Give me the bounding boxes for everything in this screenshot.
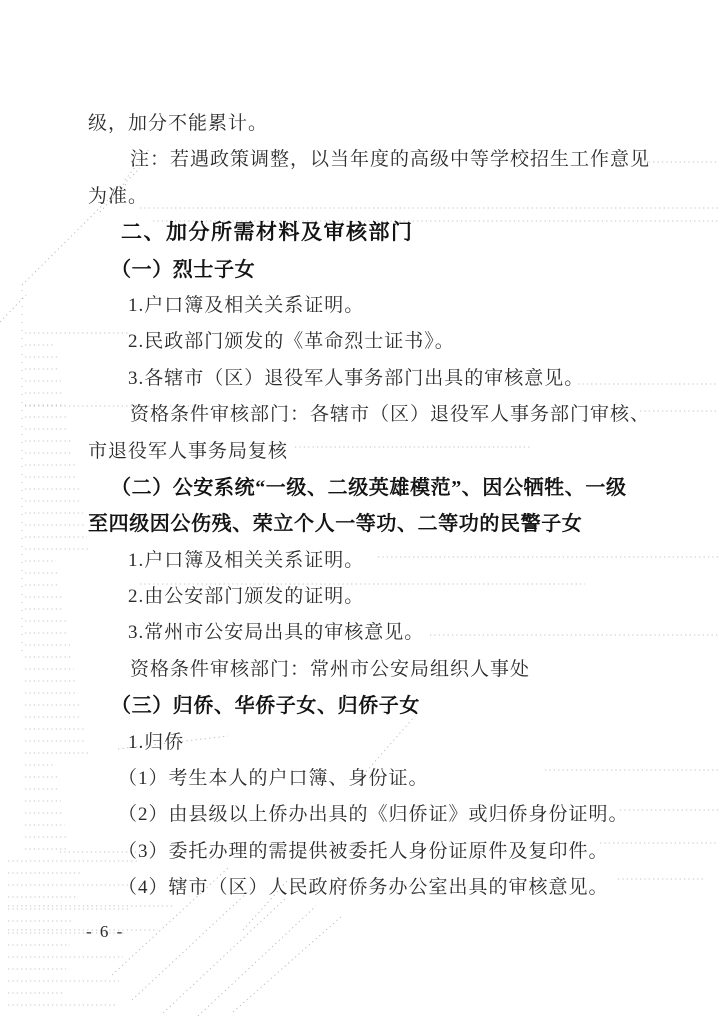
text-line: 注：若遇政策调整，以当年度的高级中等学校招生工作意见 xyxy=(88,142,633,178)
text-line: 3.各辖市（区）退役军人事务部门出具的审核意见。 xyxy=(88,361,633,397)
page-number: - 6 - xyxy=(86,922,124,942)
text-line: 1.户口簿及相关关系证明。 xyxy=(88,288,633,324)
text-line: 1.归侨 xyxy=(88,725,633,761)
text-line: 资格条件审核部门：常州市公安局组织人事处 xyxy=(88,652,633,688)
text-line: 2.民政部门颁发的《革命烈士证书》。 xyxy=(88,324,633,360)
text-line: （2）由县级以上侨办出具的《归侨证》或归侨身份证明。 xyxy=(88,797,633,833)
text-line: （二）公安系统“一级、二级英雄模范”、因公牺牲、一级 xyxy=(88,470,633,506)
text-line: 3.常州市公安局出具的审核意见。 xyxy=(88,615,633,651)
text-line: 级，加分不能累计。 xyxy=(88,106,633,142)
text-line: 2.由公安部门颁发的证明。 xyxy=(88,579,633,615)
scanned-document-page: 级，加分不能累计。注：若遇政策调整，以当年度的高级中等学校招生工作意见为准。二、… xyxy=(0,0,720,1018)
text-line: （3）委托办理的需提供被委托人身份证原件及复印件。 xyxy=(88,834,633,870)
text-line: （三）归侨、华侨子女、归侨子女 xyxy=(88,688,633,724)
text-line: 资格条件审核部门：各辖市（区）退役军人事务部门审核、 xyxy=(88,397,633,433)
text-line: （1）考生本人的户口簿、身份证。 xyxy=(88,761,633,797)
document-lines: 级，加分不能累计。注：若遇政策调整，以当年度的高级中等学校招生工作意见为准。二、… xyxy=(88,106,633,907)
text-line: 1.户口簿及相关关系证明。 xyxy=(88,543,633,579)
text-line: （一）烈士子女 xyxy=(88,252,633,288)
text-line: 至四级因公伤残、荣立个人一等功、二等功的民警子女 xyxy=(88,506,633,542)
text-line: 市退役军人事务局复核 xyxy=(88,434,633,470)
text-line: （4）辖市（区）人民政府侨务办公室出具的审核意见。 xyxy=(88,870,633,906)
text-line: 为准。 xyxy=(88,179,633,215)
text-line: 二、加分所需材料及审核部门 xyxy=(88,215,633,251)
